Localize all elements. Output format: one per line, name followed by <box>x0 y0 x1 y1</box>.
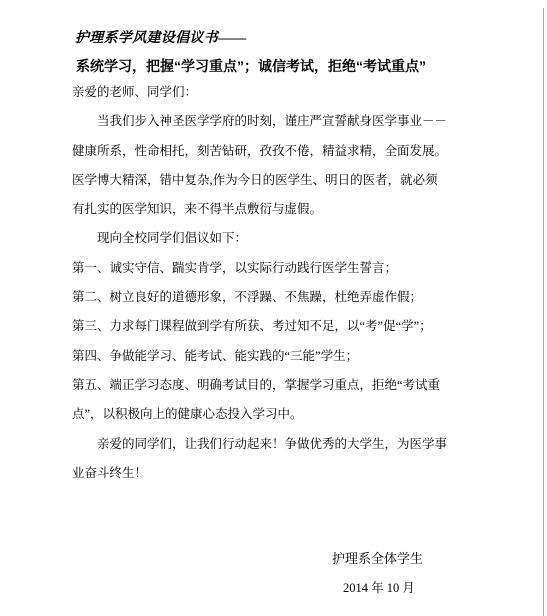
proposal-item-5: 第五、端正学习态度、明确考试目的，掌握学习重点，拒绝“考试重点”，以积极向上的健… <box>72 371 467 430</box>
salutation-line: 亲爱的老师、同学们： <box>72 78 467 107</box>
proposal-item-4: 第四、争做能学习、能考试、能实践的“三能”学生； <box>72 342 467 371</box>
opening-paragraph: 当我们步入神圣医学学府的时刻，谨庄严宣誓献身医学事业－－健康所系，性命相托，刻苦… <box>72 107 449 224</box>
date-line: 2014 年 10 月 <box>343 578 415 596</box>
lead-in-line: 现向全校同学们倡议如下： <box>72 224 467 253</box>
proposal-item-1: 第一、诚实守信、踹实肯学，以实际行动践行医学生誓言； <box>72 254 467 283</box>
signature-line: 护理系全体学生 <box>332 548 423 567</box>
proposal-item-2: 第二、树立良好的道德形象，不浮躁、不焦躁，杜绝弄虚作假； <box>72 283 467 312</box>
document-title: 护理系学风建设倡议书—— <box>75 27 247 47</box>
document-body: 亲爱的老师、同学们： 当我们步入神圣医学学府的时刻，谨庄严宣誓献身医学事业－－健… <box>72 78 472 488</box>
proposal-item-3: 第三、力求每门课程做到学有所获、考过知不足，以“考”促“学”； <box>72 312 467 341</box>
document-page: 护理系学风建设倡议书—— 系统学习，把握“学习重点”；诚信考试，拒绝“考试重点”… <box>0 0 547 616</box>
document-subtitle: 系统学习，把握“学习重点”；诚信考试，拒绝“考试重点” <box>76 56 426 76</box>
page-edge-line <box>543 8 544 616</box>
closing-paragraph: 亲爱的同学们，让我们行动起来！争做优秀的大学生，为医学事业奋斗终生！ <box>72 430 449 489</box>
